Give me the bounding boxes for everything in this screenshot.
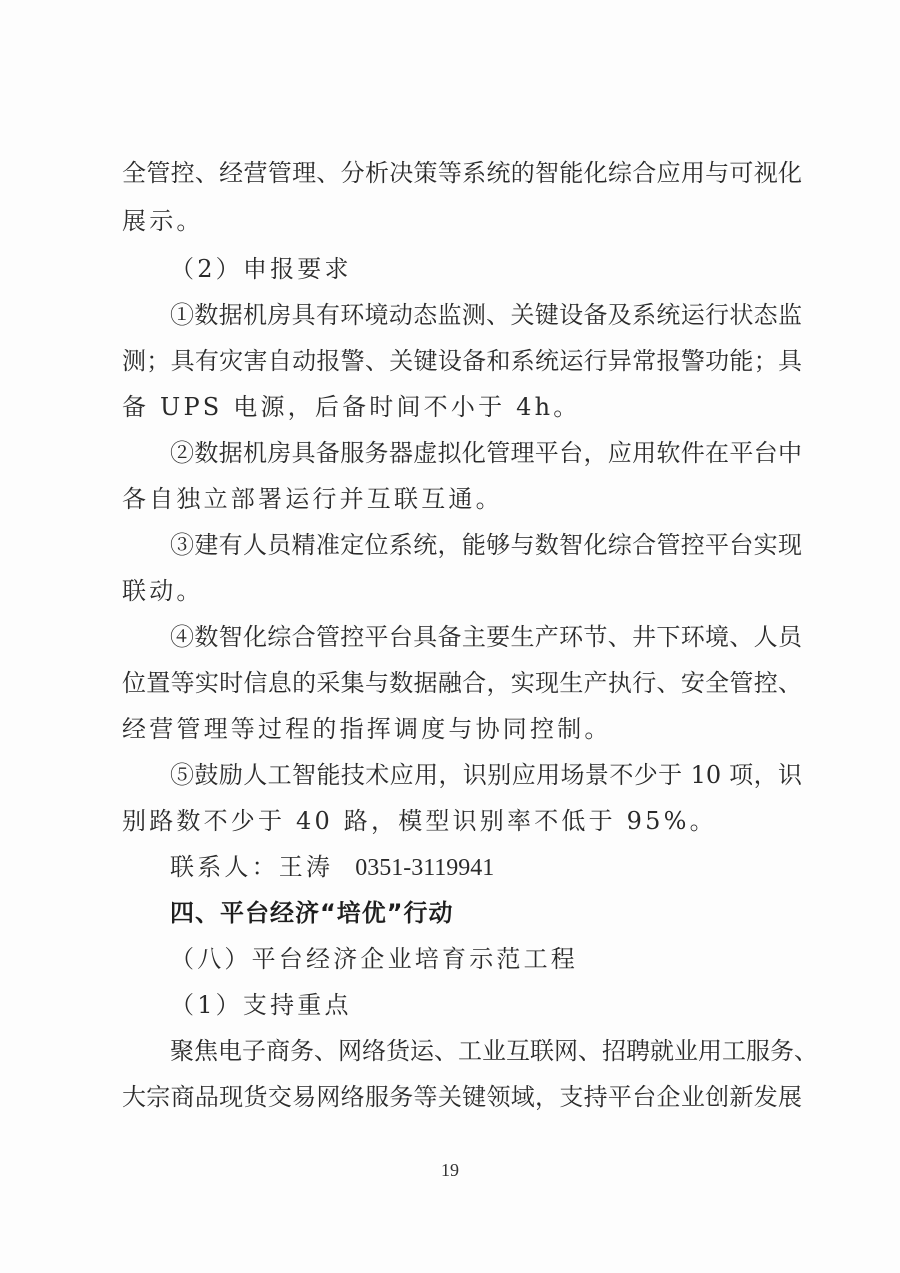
document-page: 全管控、经营管理、分析决策等系统的智能化综合应用与可视化 展示。 （2）申报要求…	[0, 0, 900, 1273]
requirement-item-3: ③建有人员精准定位系统，能够与数智化综合管控平台实现	[170, 530, 802, 560]
contact-phone: 0351-3119941	[355, 855, 494, 881]
paragraph-line: 联动。	[122, 576, 802, 606]
requirement-item-5: ⑤鼓励人工智能技术应用，识别应用场景不少于 10 项，识	[170, 760, 802, 790]
paragraph-line: 备 UPS 电源，后备时间不小于 4h。	[122, 392, 802, 422]
subheading-support-focus: （1）支持重点	[170, 990, 802, 1020]
paragraph-line: 别路数不少于 40 路，模型识别率不低于 95%。	[122, 806, 802, 836]
contact-info: 联系人：王涛0351-3119941	[170, 852, 802, 883]
paragraph-line: 大宗商品现货交易网络服务等关键领域，支持平台企业创新发展	[122, 1082, 802, 1112]
paragraph-line: 位置等实时信息的采集与数据融合，实现生产执行、安全管控、	[122, 668, 802, 698]
contact-label: 联系人：王涛	[170, 853, 333, 881]
page-number: 19	[0, 1160, 900, 1181]
requirement-item-2: ②数据机房具备服务器虚拟化管理平台，应用软件在平台中	[170, 438, 802, 468]
paragraph-line: 聚焦电子商务、网络货运、工业互联网、招聘就业用工服务、	[170, 1036, 802, 1066]
subheading-application-requirements: （2）申报要求	[170, 254, 802, 284]
requirement-item-1: ①数据机房具有环境动态监测、关键设备及系统运行状态监	[170, 300, 802, 330]
section-heading: 四、平台经济“培优”行动	[170, 898, 802, 928]
paragraph-line: 全管控、经营管理、分析决策等系统的智能化综合应用与可视化	[122, 158, 802, 188]
project-title: （八）平台经济企业培育示范工程	[170, 944, 802, 974]
paragraph-line: 测；具有灾害自动报警、关键设备和系统运行异常报警功能；具	[122, 346, 802, 376]
requirement-item-4: ④数智化综合管控平台具备主要生产环节、井下环境、人员	[170, 622, 802, 652]
paragraph-line: 经营管理等过程的指挥调度与协同控制。	[122, 714, 802, 744]
paragraph-line: 展示。	[122, 206, 802, 236]
paragraph-line: 各自独立部署运行并互联互通。	[122, 484, 802, 514]
